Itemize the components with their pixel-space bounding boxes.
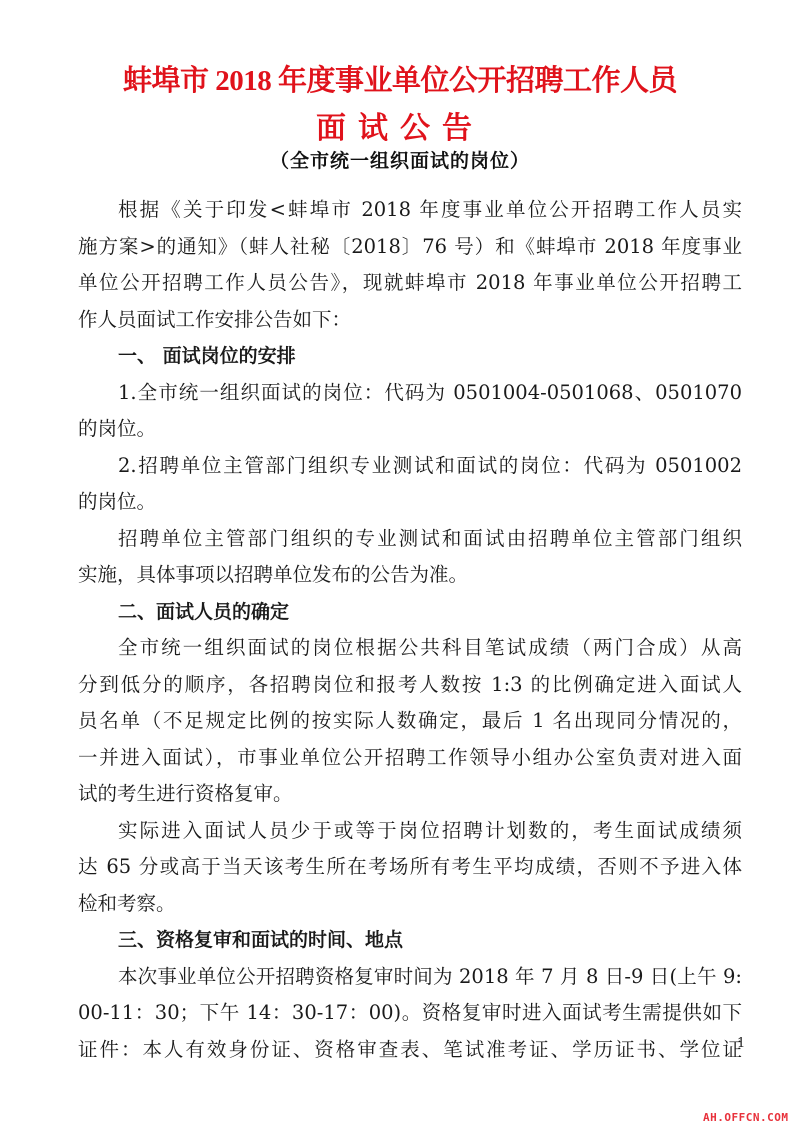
document-body: 根据《关于印发<蚌埠市 2018 年度事业单位公开招聘工作人员实施方案>的通知》…	[78, 192, 742, 1068]
text-line: 实际进入面试人员少于或等于岗位招聘计划数的，考生面试成绩须	[78, 813, 742, 850]
text-line: 2.招聘单位主管部门组织专业测试和面试的岗位：代码为 0501002	[78, 448, 742, 485]
text-line: 单位公开招聘工作人员公告》，现就蚌埠市 2018 年事业单位公开招聘工	[78, 265, 742, 302]
text-line: 根据《关于印发<蚌埠市 2018 年度事业单位公开招聘工作人员实	[78, 192, 742, 229]
text-line: 检和考察。	[78, 886, 742, 923]
text-line: 员名单（不足规定比例的按实际人数确定，最后 1 名出现同分情况的，	[78, 703, 742, 740]
text-line: 试的考生进行资格复审。	[78, 776, 742, 813]
text-line: 1.全市统一组织面试的岗位：代码为 0501004-0501068、050107…	[78, 375, 742, 412]
text-line: 达 65 分或高于当天该考生所在考场所有考生平均成绩，否则不予进入体	[78, 849, 742, 886]
section-heading: 三、资格复审和面试的时间、地点	[78, 922, 742, 959]
text-line: 的岗位。	[78, 484, 742, 521]
text-line: 一并进入面试），市事业单位公开招聘工作领导小组办公室负责对进入面	[78, 740, 742, 777]
section-heading: 一、 面试岗位的安排	[78, 338, 742, 375]
text-line: 本次事业单位公开招聘资格复审时间为 2018 年 7 月 8 日-9 日(上午 …	[78, 959, 742, 996]
text-line: 全市统一组织面试的岗位根据公共科目笔试成绩（两门合成）从高	[78, 630, 742, 667]
document-title-line1: 蚌埠市 2018 年度事业单位公开招聘工作人员	[0, 58, 800, 99]
page-number: 1	[737, 1036, 745, 1051]
section-heading: 二、面试人员的确定	[78, 594, 742, 631]
text-line: 的岗位。	[78, 411, 742, 448]
site-watermark: AH.OFFCN.COM	[703, 1111, 788, 1124]
text-line: 招聘单位主管部门组织的专业测试和面试由招聘单位主管部门组织	[78, 521, 742, 558]
text-line: 实施，具体事项以招聘单位发布的公告为准。	[78, 557, 742, 594]
text-line: 00-11：30；下午 14：30-17：00)。资格复审时进入面试考生需提供如…	[78, 995, 742, 1032]
text-line: 施方案>的通知》（蚌人社秘〔2018〕76 号）和《蚌埠市 2018 年度事业	[78, 229, 742, 266]
text-line: 作人员面试工作安排公告如下：	[78, 302, 742, 339]
document-title-line2: 面试公告	[0, 103, 800, 147]
document-page: 蚌埠市 2018 年度事业单位公开招聘工作人员 面试公告 （全市统一组织面试的岗…	[0, 0, 800, 1131]
document-subtitle: （全市统一组织面试的岗位）	[0, 146, 800, 173]
text-line: 分到低分的顺序，各招聘岗位和报考人数按 1:3 的比例确定进入面试人	[78, 667, 742, 704]
text-line: 证件：本人有效身份证、资格审查表、笔试准考证、学历证书、学位证	[78, 1032, 742, 1069]
